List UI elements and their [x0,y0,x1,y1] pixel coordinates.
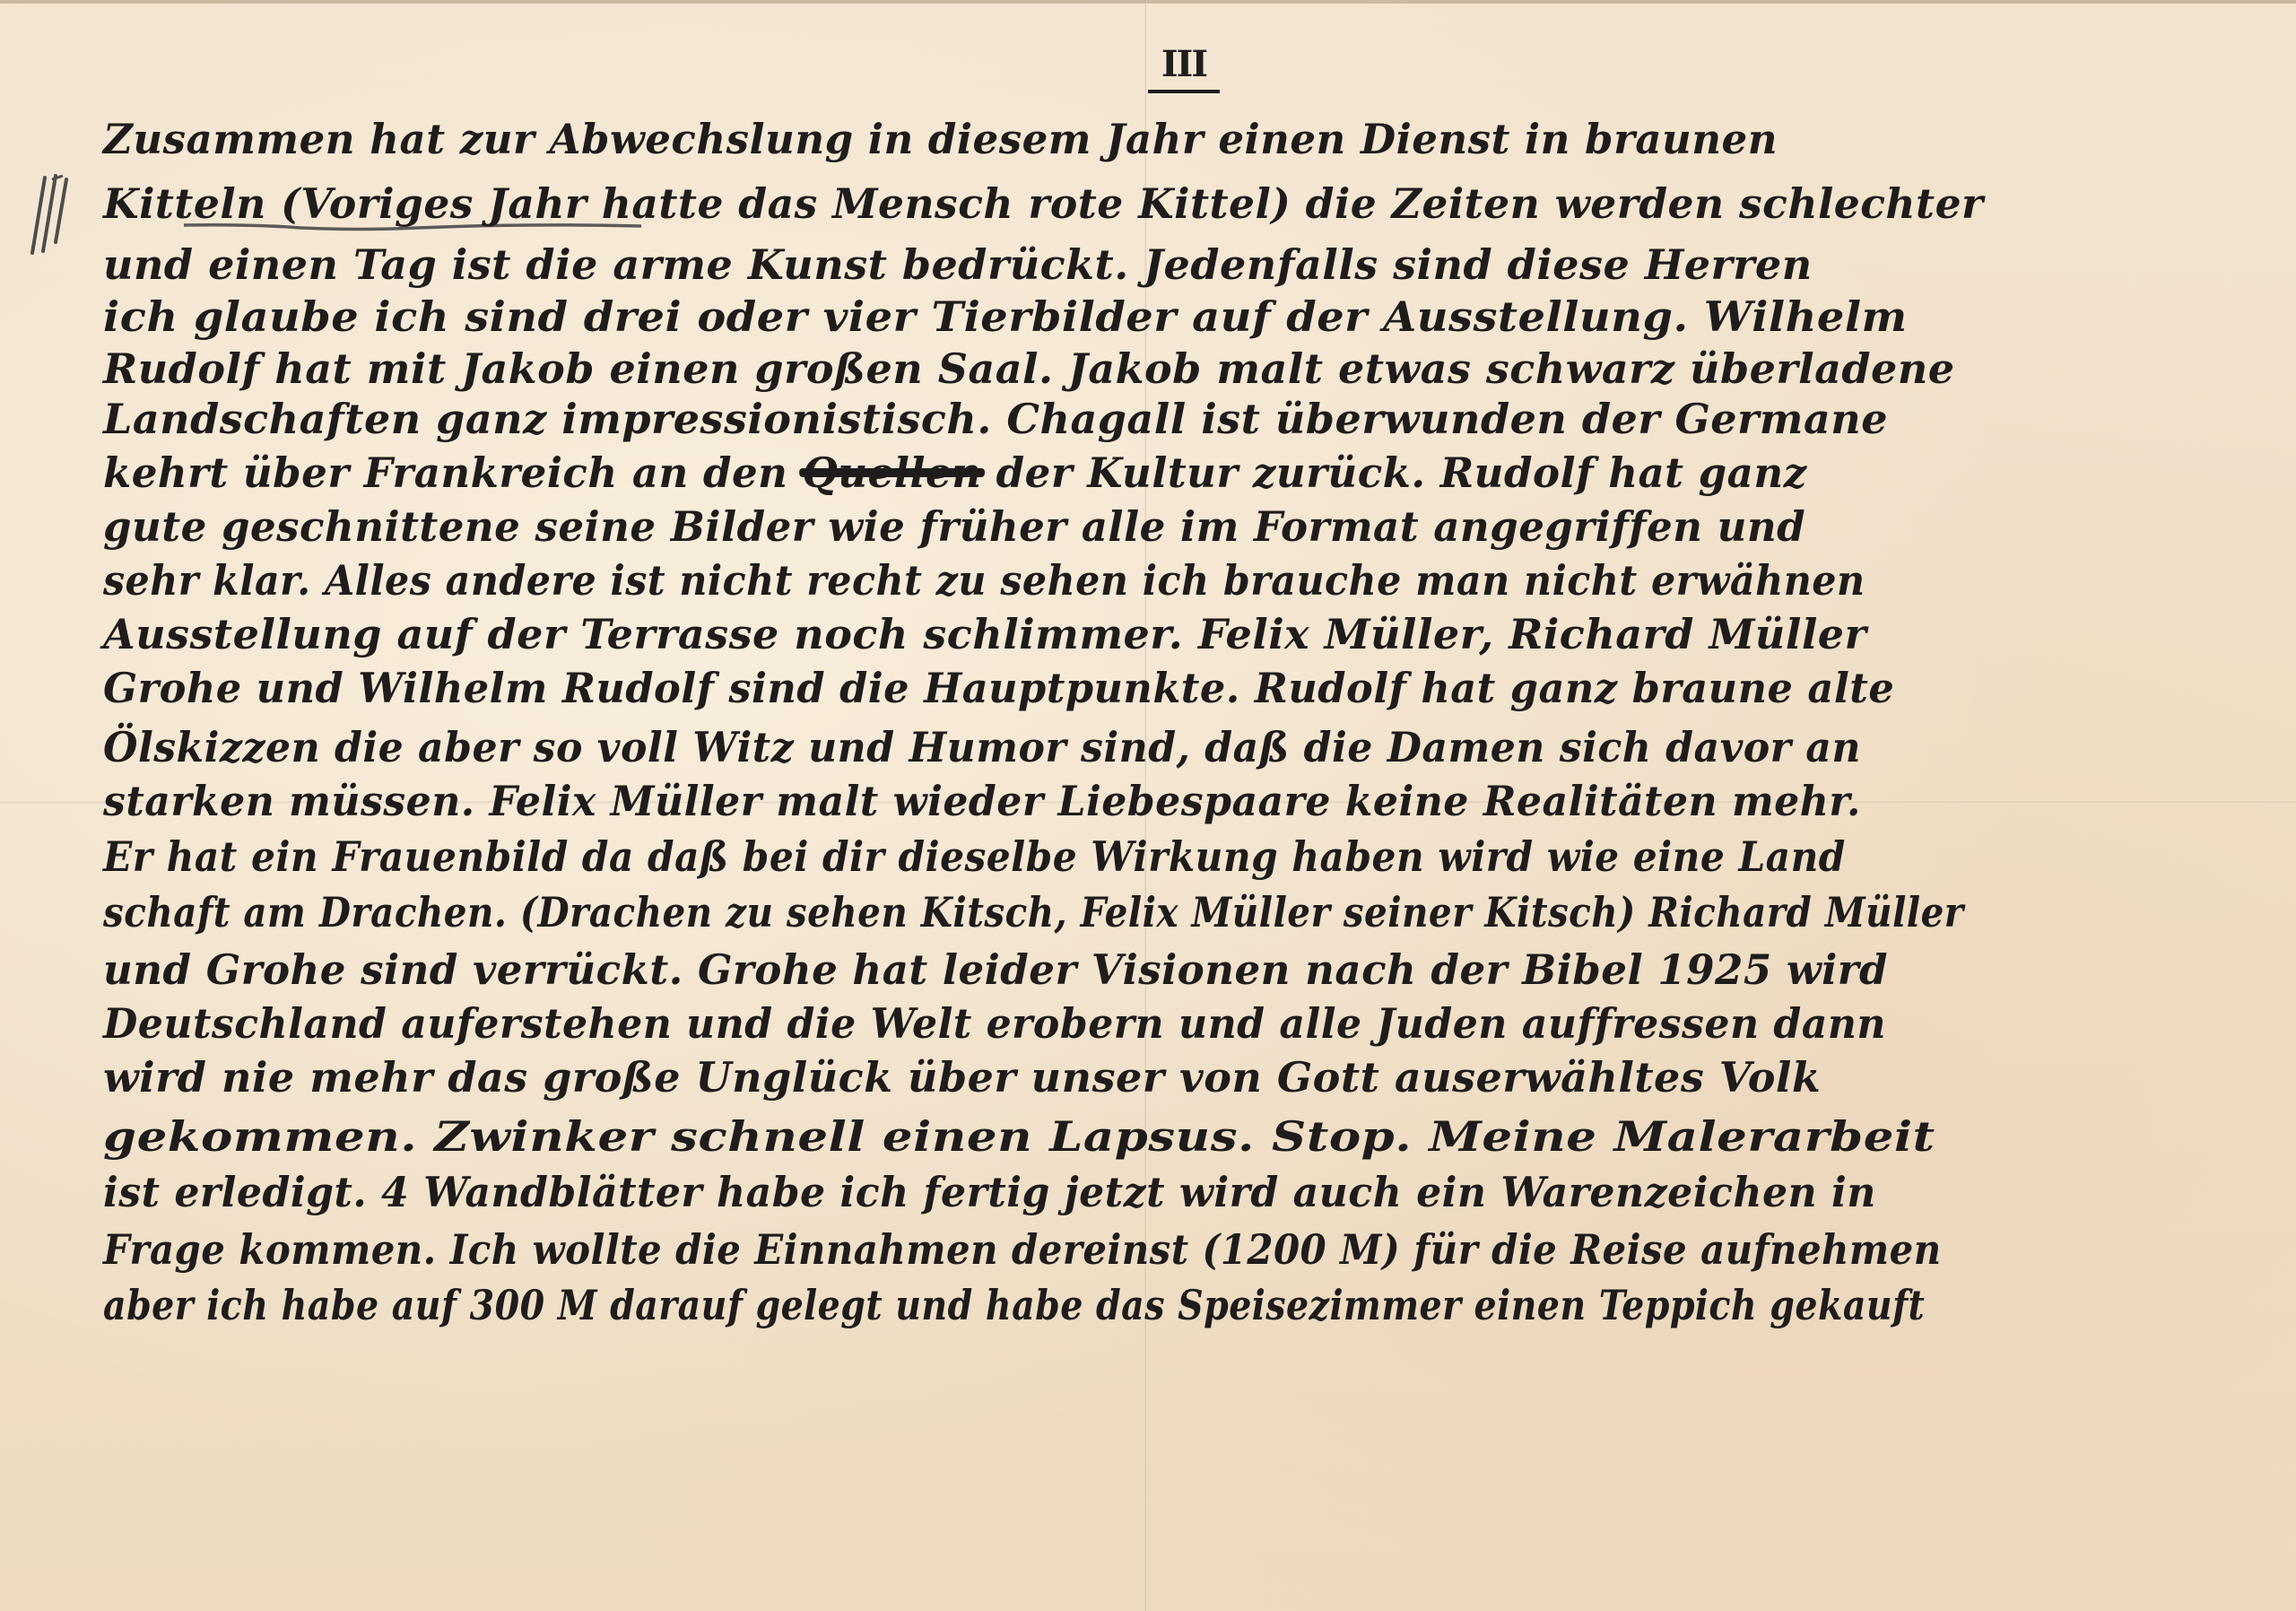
text-line: gute geschnittene seine Bilder wie frühe… [103,502,1805,551]
text-line: starken müssen. Felix Müller malt wieder… [103,777,1861,825]
text-line: aber ich habe auf 300 M darauf gelegt un… [103,1281,1925,1329]
text-line: und einen Tag ist die arme Kunst bedrück… [103,240,1813,289]
text-line: Rudolf hat mit Jakob einen großen Saal. … [103,344,1955,393]
text-line: und Grohe sind verrückt. Grohe hat leide… [103,945,1888,994]
struck-word: Quellen [803,448,982,497]
text-line: sehr klar. Alles andere ist nicht recht … [103,556,1865,605]
text-line: ich glaube ich sind drei oder vier Tierb… [103,292,1908,341]
line-segment: kehrt über Frankreich an den [103,448,787,497]
text-line: Er hat ein Frauenbild da daß bei dir die… [103,832,1846,881]
text-line: schaft am Drachen. (Drachen zu sehen Kit… [103,888,1964,936]
line-segment: der Kultur zurück. Rudolf hat ganz [996,448,1807,497]
text-line: Ausstellung auf der Terrasse noch schlim… [103,610,1866,658]
text-line: Grohe und Wilhelm Rudolf sind die Hauptp… [103,664,1894,712]
text-line-with-strikeout: kehrt über Frankreich an den Quellen der… [103,448,1807,497]
text-line: wird nie mehr das große Unglück über uns… [103,1053,1821,1102]
text-line: gekommen. Zwinker schnell einen Lapsus. … [103,1112,1935,1161]
text-line: Deutschland auferstehen und die Welt ero… [103,999,1886,1048]
letter-page: III Zusammen hat zur Abwechslung in dies… [0,0,2296,1611]
text-line: Landschaften ganz impressionistisch. Cha… [103,395,1888,443]
letter-body: Zusammen hat zur Abwechslung in diesem J… [0,0,2296,1611]
text-line: Frage kommen. Ich wollte die Einnahmen d… [103,1225,1942,1274]
text-line: ist erledigt. 4 Wandblätter habe ich fer… [103,1168,1876,1216]
text-line: Kitteln (Voriges Jahr hatte das Mensch r… [103,179,1984,228]
text-line: Zusammen hat zur Abwechslung in diesem J… [103,115,1778,163]
text-line: Ölskizzen die aber so voll Witz und Humo… [103,723,1861,771]
